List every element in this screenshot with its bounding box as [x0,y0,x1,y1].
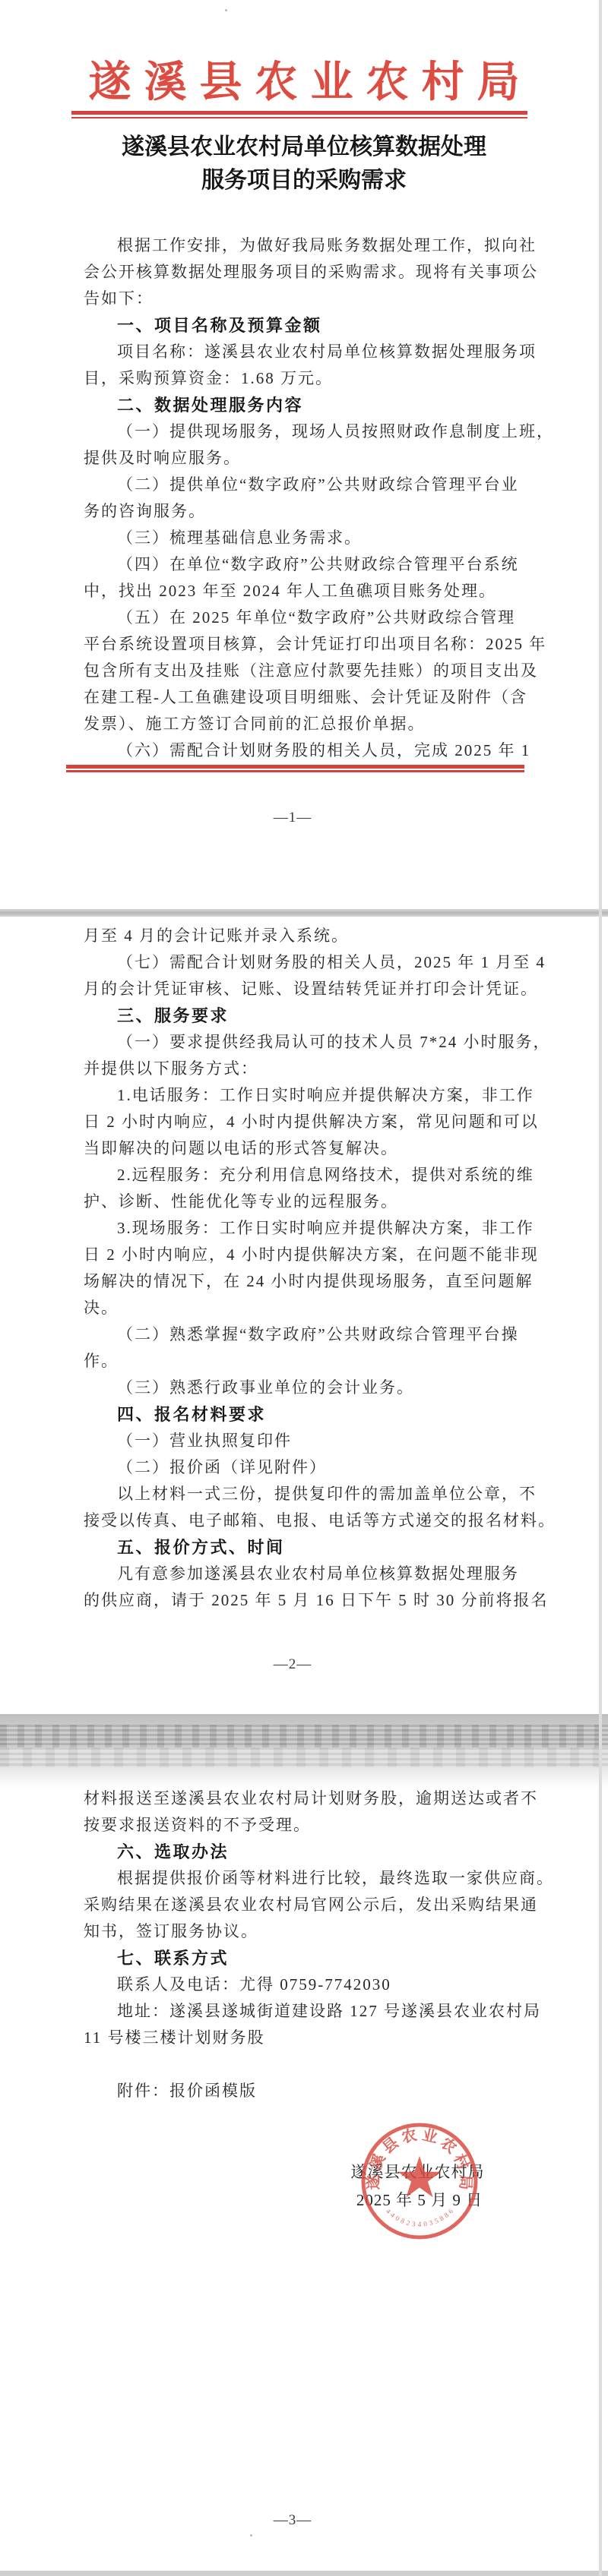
document-title: 遂溪县农业农村局单位核算数据处理 服务项目的采购需求 [0,131,608,197]
text-line: 知书，签订服务协议。 [84,1918,540,1945]
text-line: 平台系统设置项目核算，会计凭证打印出项目名称：2025 年 [84,631,540,658]
text-line: 作。 [84,1348,540,1375]
text-line: 项目名称：遂溪县农业农村局单位核算数据处理服务项 [84,339,540,365]
text-line: 月的会计凭证审核、记账、设置结转凭证并打印会计凭证。 [84,976,540,1002]
rule-thick [71,111,527,115]
text-line: （三）熟悉行政事业单位的会计业务。 [84,1375,540,1401]
text-line: 目，采购预算资金：1.68 万元。 [84,365,540,392]
seal-star-icon [398,2156,442,2197]
text-line: 材料报送至遂溪县农业农村局计划财务股，逾期送达或者不 [84,1785,540,1812]
official-seal-stamp: 遂溪县农业农村局 4408234035886 [357,2119,483,2244]
text-line: 场解决的情况下，在 24 小时内提供现场服务，直至问题解 [84,1268,540,1295]
text-line: 七、联系方式 [84,1945,540,1971]
scan-speck [225,9,227,11]
page-separator [0,909,608,917]
text-line: 决。 [84,1295,540,1321]
scan-bottom-edge [0,2571,608,2576]
text-line: 中，找出 2023 年至 2024 年人工鱼礁项目账务处理。 [84,578,540,605]
text-line: （六）需配合计划财务股的相关人员，完成 2025 年 1 [84,737,540,764]
letterhead-agency-title: 遂溪县农业农村局 [0,59,608,106]
scan-noise-band [0,1747,608,1767]
text-line: （二）熟悉掌握“数字政府”公共财政综合管理平台操 [84,1321,540,1348]
page1-number: —1— [0,810,585,826]
text-line: 2.远程服务：充分利用信息网络技术，提供对系统的维 [84,1162,540,1189]
text-line: 三、服务要求 [84,1002,540,1029]
text-line: （三）梳理基础信息业务需求。 [84,525,540,551]
text-line: 月至 4 月的会计记账并录入系统。 [84,923,540,949]
text-line: 附件：报价函模版 [84,2078,540,2104]
seal-serial-number: 4408234035886 [385,2207,454,2228]
text-line: 根据提供报价函等材料进行比较，最终选取一家供应商。 [84,1865,540,1892]
text-line: 11 号楼三楼计划财务股 [84,2025,540,2051]
text-line: 包含所有支出及挂账（注意应付款要先挂账）的项目支出及 [84,658,540,684]
text-line: 当即解决的问题以电话的形式答复解决。 [84,1135,540,1162]
page-separator [0,1714,608,1725]
rule-thick [66,765,524,769]
text-line: （一）提供现场服务，现场人员按照财政作息制度上班， [84,418,540,445]
page3-number: —3— [0,2512,585,2529]
scanned-document: 遂溪县农业农村局 遂溪县农业农村局单位核算数据处理 服务项目的采购需求 根据工作… [0,0,608,2576]
text-line: （七）需配合计划财务股的相关人员，2025 年 1 月至 4 [84,949,540,976]
letterhead-double-rule [71,111,527,118]
scan-speck [250,2534,252,2537]
text-line: 发票）、施工方签订合同前的汇总报价单据。 [84,711,540,737]
text-line: （五）在 2025 年单位“数字政府”公共财政综合管理 [84,605,540,631]
text-line: 二、数据处理服务内容 [84,392,540,418]
text-line: （一）要求提供经我局认可的技术人员 7*24 小时服务， [84,1029,540,1056]
text-line: 并提供以下服务方式： [84,1056,540,1082]
text-line: 一、项目名称及预算金额 [84,312,540,339]
text-line: 接受以传真、电子邮箱、电报、电话等方式递交的报名材料。 [84,1507,540,1534]
page1-bottom-double-rule [66,765,524,772]
text-line: 务的咨询服务。 [84,498,540,525]
text-line: 六、选取办法 [84,1839,540,1865]
page1-body: 根据工作安排，为做好我局账务数据处理工作，拟向社会公开核算数据处理服务项目的采购… [84,232,540,764]
text-line: （一）营业执照复印件 [84,1428,540,1454]
text-line: 以上材料一式三份，提供复印件的需加盖单位公章，不 [84,1481,540,1507]
text-line: 按要求报送资料的不予受理。 [84,1812,540,1839]
text-line: 的供应商，请于 2025 年 5 月 16 日下午 5 时 30 分前将报名 [84,1587,540,1614]
text-line [84,2051,540,2078]
text-line: 联系人及电话：尤得 0759-7742030 [84,1971,540,1998]
text-line: 凡有意参加遂溪县农业农村局单位核算数据处理服务 [84,1561,540,1587]
rule-thin [66,770,524,772]
text-line: 地址：遂溪县遂城街道建设路 127 号遂溪县农业农村局 [84,1998,540,2025]
text-line: （二）报价函（详见附件） [84,1454,540,1481]
svg-text:4408234035886: 4408234035886 [385,2207,454,2228]
page3-body: 材料报送至遂溪县农业农村局计划财务股，逾期送达或者不按要求报送资料的不予受理。六… [84,1785,540,2104]
text-line: 3.现场服务：工作日实时响应并提供解决方案，非工作 [84,1215,540,1242]
text-line: 告如下： [84,286,540,312]
text-line: 护、诊断、性能优化等专业的远程服务。 [84,1189,540,1215]
text-line: 根据工作安排，为做好我局账务数据处理工作，拟向社 [84,232,540,259]
scan-noise-band [0,1725,608,1747]
text-line: 采购结果在遂溪县农业农村局官网公示后，发出采购结果通 [84,1892,540,1918]
rule-thin [71,117,527,118]
text-line: 五、报价方式、时间 [84,1534,540,1561]
text-line: （四）在单位“数字政府”公共财政综合管理平台系统 [84,551,540,578]
text-line: 日 2 小时内响应，4 小时内提供解决方案，在问题不能非现 [84,1242,540,1268]
text-line: 在建工程-人工鱼礁建设项目明细账、会计凭证及附件（含 [84,684,540,711]
text-line: 会公开核算数据处理服务项目的采购需求。现将有关事项公 [84,259,540,286]
document-title-line1: 遂溪县农业农村局单位核算数据处理 [0,131,608,164]
document-title-line2: 服务项目的采购需求 [0,164,608,197]
text-line: 提供及时响应服务。 [84,445,540,472]
text-line: 1.电话服务：工作日实时响应并提供解决方案，非工作 [84,1082,540,1109]
page2-body: 月至 4 月的会计记账并录入系统。（七）需配合计划财务股的相关人员，2025 年… [84,923,540,1614]
text-line: （二）提供单位“数字政府”公共财政综合管理平台业 [84,472,540,498]
scan-right-edge [599,0,602,2576]
page2-number: —2— [0,1656,585,1673]
text-line: 四、报名材料要求 [84,1401,540,1428]
text-line: 日 2 小时内响应，4 小时内提供解决方案，常见问题和可以 [84,1109,540,1135]
